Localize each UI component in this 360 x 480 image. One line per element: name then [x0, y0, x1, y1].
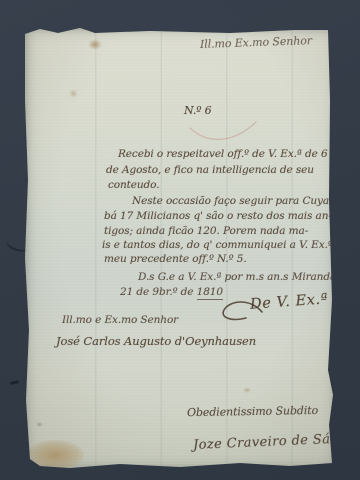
body-line: meu precedente off.º N.º 5. [104, 253, 247, 265]
body-line: Neste occasião faço seguir para Cuya- [132, 195, 333, 207]
addressee-salutation: Ill.mo e Ex.mo Senhor [62, 314, 178, 326]
dateline-valediction: D.s G.e a V. Ex.ª por m.s an.s Miranda [138, 271, 336, 283]
dateline-date: 21 de 9br.º de 1810 [120, 286, 223, 298]
closing-phrase: Obedientissimo Subdito [187, 404, 318, 419]
body-line: bá 17 Milicianos q' são o resto dos mais… [104, 210, 332, 222]
corner-stain [26, 440, 84, 470]
backdrop-dash-mark [10, 380, 19, 384]
photograph-backdrop: Ill.mo Ex.mo Senhor N.º 6 Recebi o respe… [0, 0, 360, 480]
foxing-spot [36, 422, 43, 427]
manuscript-paper: Ill.mo Ex.mo Senhor N.º 6 Recebi o respe… [24, 28, 336, 470]
salutation-top: Ill.mo Ex.mo Senhor [200, 34, 312, 51]
body-line: conteudo. [108, 179, 159, 191]
pencil-curve-mark [186, 118, 264, 148]
body-line: de Agosto, e fico na intelligencia de se… [106, 164, 314, 176]
body-line: Recebi o respeitavel off.º de V. Ex.ª de… [118, 148, 328, 160]
closing-formula: De V. Ex.ª [250, 291, 329, 312]
dateline-date-prefix: 21 de 9br.º de [120, 286, 197, 298]
addressee-name: José Carlos Augusto d'Oeynhausen [56, 334, 256, 348]
body-line: is e tantos dias, do q' communiquei a V.… [102, 239, 349, 251]
signature: Joze Craveiro de Sá [193, 432, 331, 453]
body-line: tigos; ainda ficão 120. Porem nada ma- [104, 225, 308, 237]
ink-stain [88, 39, 102, 50]
foxing-spot [69, 89, 78, 98]
document-number: N.º 6 [184, 104, 212, 117]
dateline-year: 1810 [197, 286, 223, 300]
foxing-spot [243, 387, 251, 393]
